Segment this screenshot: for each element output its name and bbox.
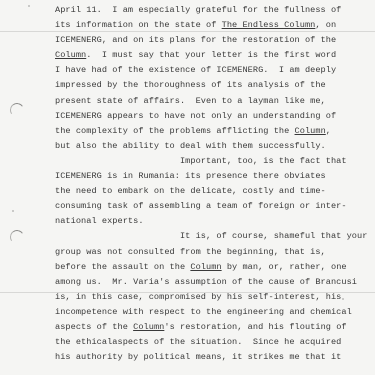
text-run: . I must say that your letter is the fir… [86, 50, 336, 60]
text-run: is, in this case, compromised by his sel… [55, 292, 341, 302]
text-run: its information on the state of [55, 20, 222, 30]
text-run: among us. Mr. Varia's assumption of the … [55, 277, 357, 287]
text-run: , on [315, 20, 336, 30]
text-run: I have had of the existence of ICEMENERG… [55, 65, 336, 75]
text-run: national experts. [55, 216, 144, 226]
text-run: impressed by the thoroughness of its ana… [55, 80, 326, 90]
text-line: ICEMENERG appears to have not only an un… [55, 109, 375, 124]
text-run: the ethicalaspects of the situation. Sin… [55, 337, 341, 347]
underlined-title: Column [190, 262, 221, 272]
text-line: is, in this case, compromised by his sel… [55, 290, 375, 305]
text-run: aspects of the [55, 322, 133, 332]
text-line: the ethicalaspects of the situation. Sin… [55, 335, 375, 350]
underlined-title: Column [133, 322, 164, 332]
text-run: group was not consulted from the beginni… [55, 247, 326, 257]
text-line: but also the ability to deal with them s… [55, 139, 375, 154]
text-run: his authority by political means, it str… [55, 352, 341, 362]
text-line: among us. Mr. Varia's assumption of the … [55, 275, 375, 290]
text-run: ICEMENERG, and on its plans for the rest… [55, 35, 336, 45]
text-line: present state of affairs. Even to a laym… [55, 94, 375, 109]
text-run: consuming task of assembling a team of f… [55, 201, 347, 211]
punch-hole-mark [9, 229, 25, 245]
text-run: but also the ability to deal with them s… [55, 141, 326, 151]
text-run: 's restoration, and his flouting of [164, 322, 346, 332]
text-line: impressed by the thoroughness of its ana… [55, 78, 375, 93]
text-run: It is, of course, shameful that your [55, 231, 367, 241]
text-line: incompetence with respect to the enginee… [55, 305, 375, 320]
text-run: by man, or, rather, one [222, 262, 347, 272]
text-run: Important, too, is the fact that [55, 156, 347, 166]
text-line: before the assault on the Column by man,… [55, 260, 375, 275]
text-run: ICEMENERG is in Rumania: its presence th… [55, 171, 326, 181]
text-line: Important, too, is the fact that [55, 154, 375, 169]
text-line: ICEMENERG is in Rumania: its presence th… [55, 169, 375, 184]
underlined-title: The Endless Column [222, 20, 316, 30]
text-run: present state of affairs. Even to a laym… [55, 96, 326, 106]
text-run: ICEMENERG appears to have not only an un… [55, 111, 336, 121]
underlined-title: Column [55, 50, 86, 60]
text-line: Column. I must say that your letter is t… [55, 48, 375, 63]
text-run: the need to embark on the delicate, cost… [55, 186, 326, 196]
text-line: its information on the state of The Endl… [55, 18, 375, 33]
typewritten-letter-page: April 11. I am especially grateful for t… [0, 0, 375, 375]
text-line: ICEMENERG, and on its plans for the rest… [55, 33, 375, 48]
text-run: incompetence with respect to the enginee… [55, 307, 352, 317]
punch-hole-mark [9, 102, 25, 118]
text-line: the complexity of the problems afflictin… [55, 124, 375, 139]
text-line: It is, of course, shameful that your [55, 229, 375, 244]
text-run: , [326, 126, 331, 136]
text-line: I have had of the existence of ICEMENERG… [55, 63, 375, 78]
letter-body: April 11. I am especially grateful for t… [55, 3, 375, 365]
text-line: national experts. [55, 214, 375, 229]
text-line: group was not consulted from the beginni… [55, 245, 375, 260]
paper-speck [12, 210, 14, 212]
text-line: April 11. I am especially grateful for t… [55, 3, 375, 18]
text-line: aspects of the Column's restoration, and… [55, 320, 375, 335]
text-run: the complexity of the problems afflictin… [55, 126, 295, 136]
text-run: before the assault on the [55, 262, 190, 272]
paper-speck [28, 5, 30, 7]
underlined-title: Column [295, 126, 326, 136]
text-line: the need to embark on the delicate, cost… [55, 184, 375, 199]
text-run: April 11. I am especially grateful for t… [55, 5, 341, 15]
text-line: consuming task of assembling a team of f… [55, 199, 375, 214]
text-line: his authority by political means, it str… [55, 350, 375, 365]
